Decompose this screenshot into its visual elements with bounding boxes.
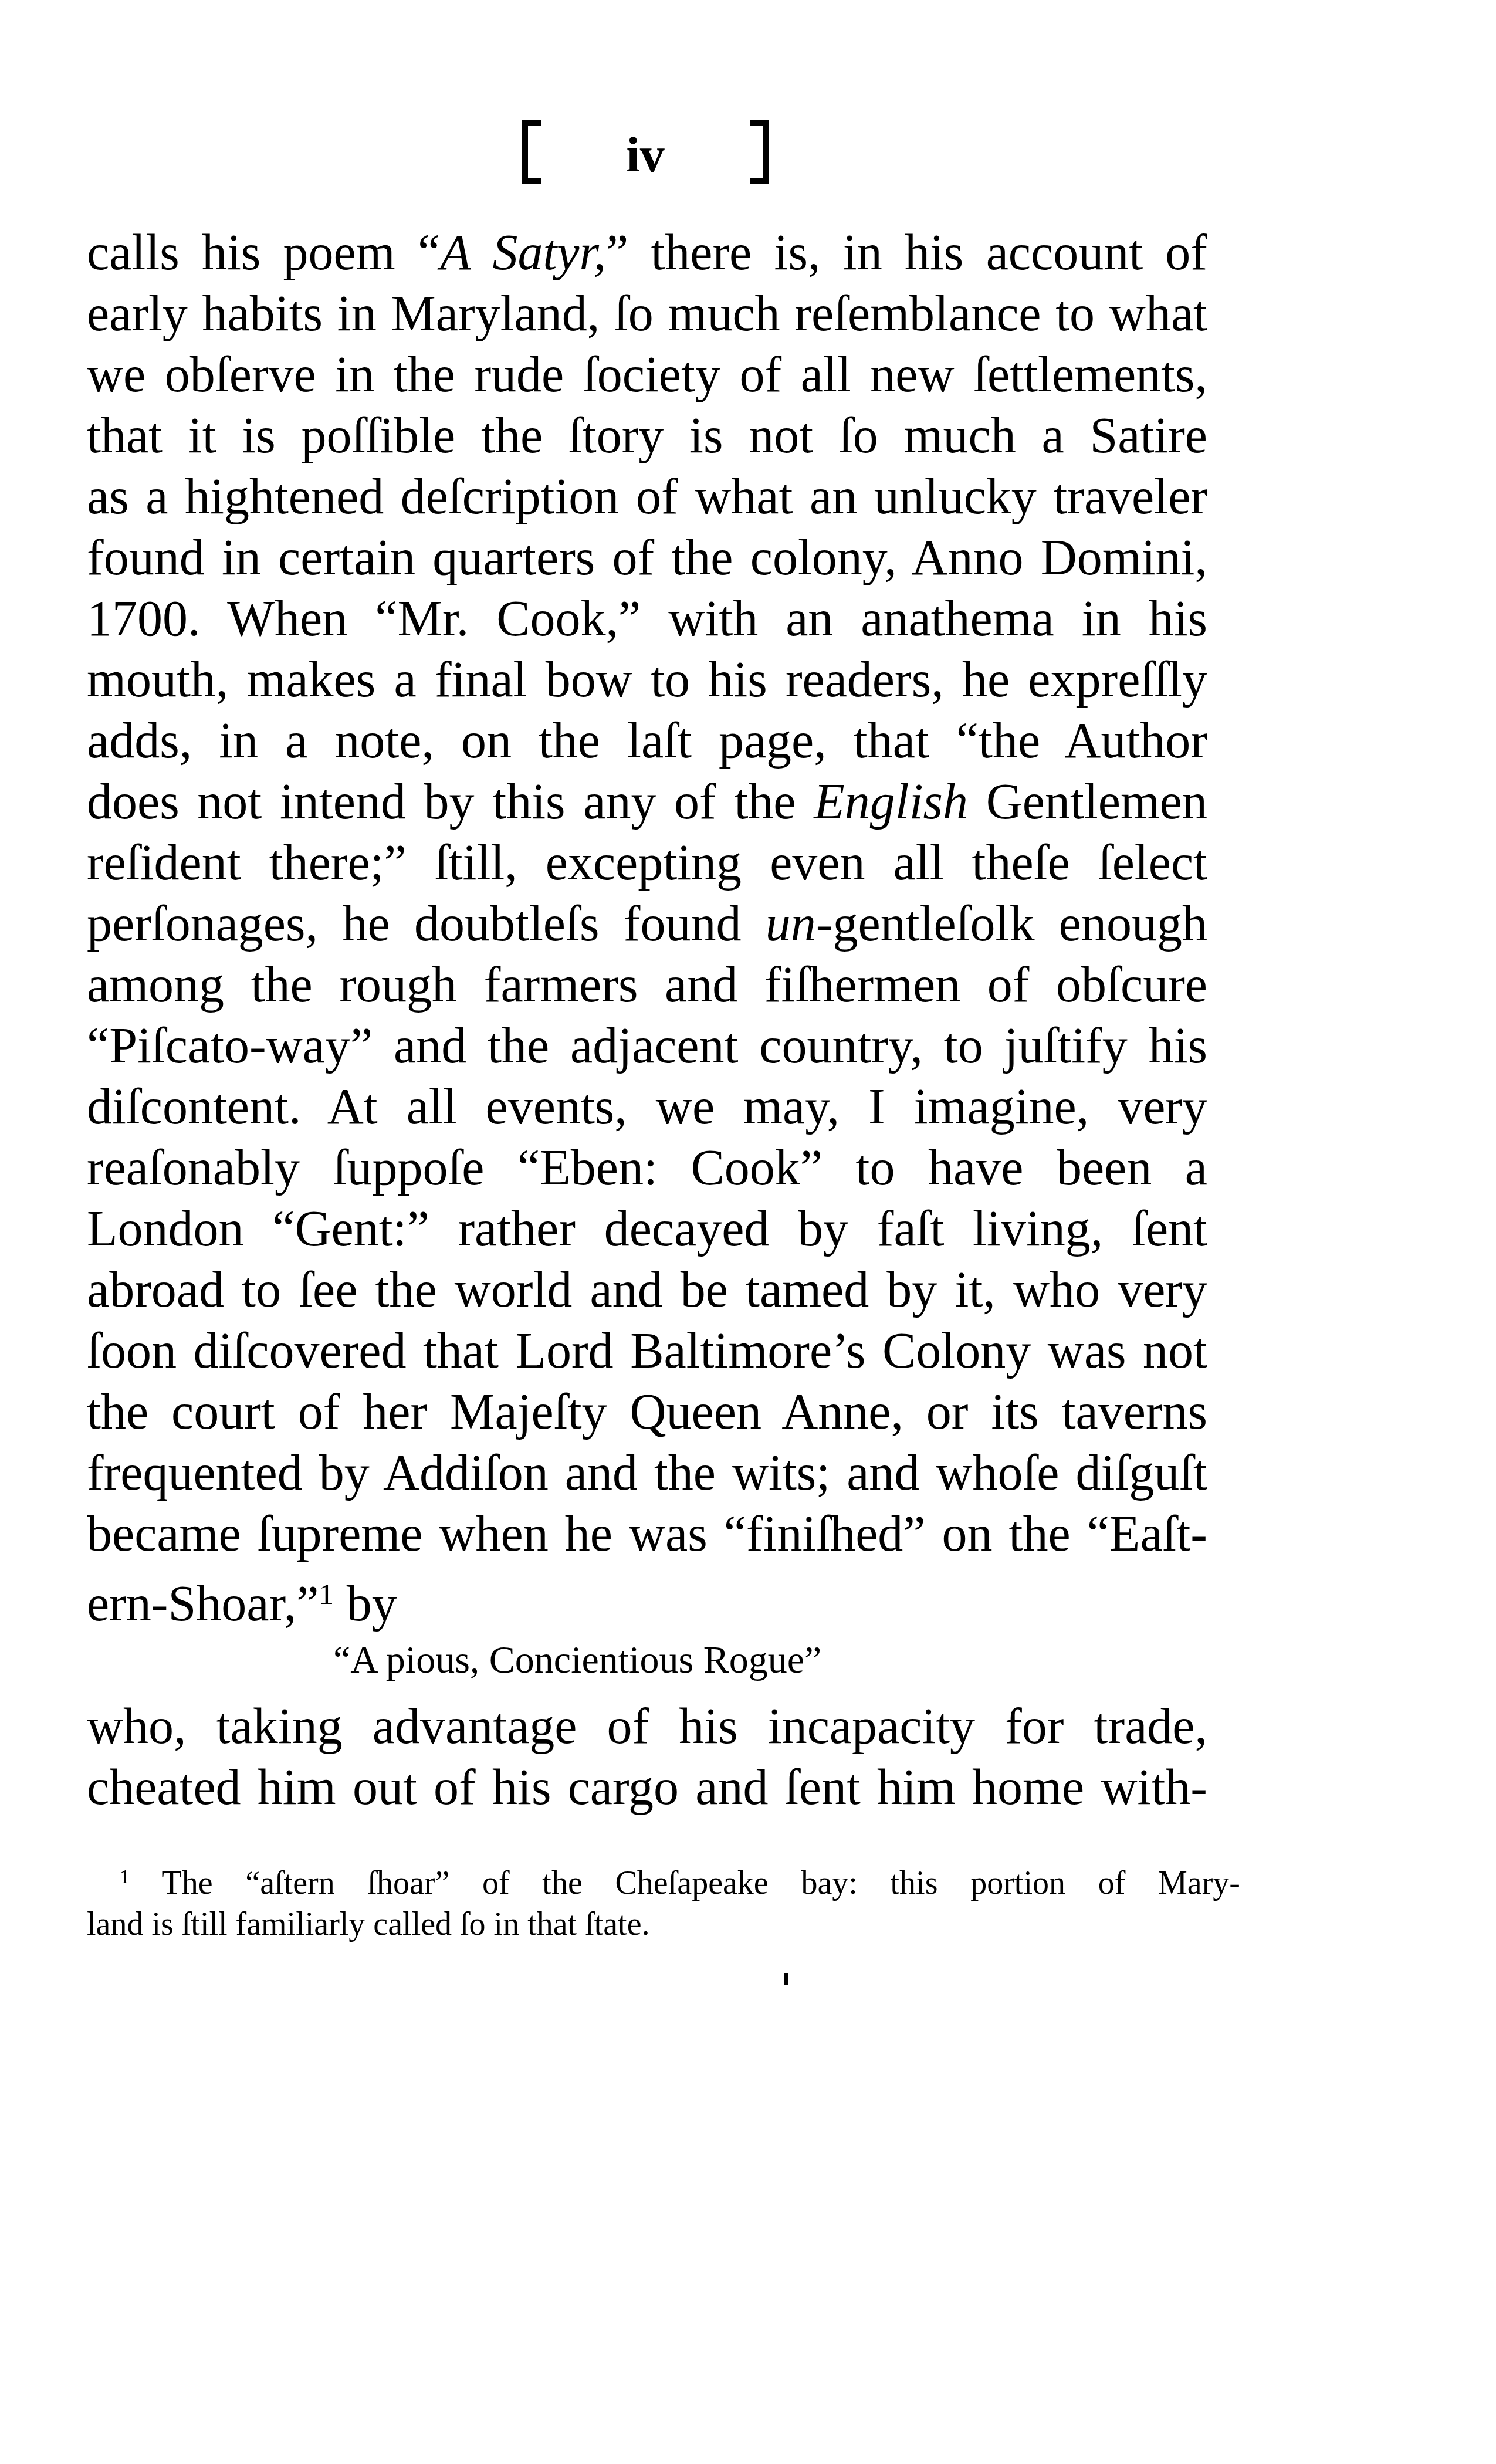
text-line: who, taking advantage of his incapacity … bbox=[87, 1695, 1207, 1756]
text-line: early habits in Maryland, ſo much reſemb… bbox=[87, 283, 1207, 344]
text-line: we obſerve in the rude ſociety of all ne… bbox=[87, 344, 1207, 405]
text-line: ern-Shoar,”1 by bbox=[87, 1564, 1207, 1625]
text-fragment: Gentlemen bbox=[968, 773, 1207, 830]
text-line: calls his poem “A Satyr,” there is, in h… bbox=[87, 222, 1207, 283]
text-line: “Piſcato-way” and the adjacent country, … bbox=[87, 1015, 1207, 1076]
text-line: found in certain quarters of the colony,… bbox=[87, 527, 1207, 588]
text-fragment: does not intend by this any of the bbox=[87, 773, 814, 830]
text-fragment: gentleſolk enough bbox=[832, 895, 1207, 952]
text-line: reſident there;” ſtill, excepting even a… bbox=[87, 832, 1207, 893]
text-line: diſcontent. At all events, we may, I ima… bbox=[87, 1076, 1207, 1137]
text-line: does not intend by this any of the Engli… bbox=[87, 771, 1207, 832]
italic-emphasis: A Satyr, bbox=[440, 224, 606, 280]
footnote-line: 1 The “aſtern ſhoar” of the Cheſapeake b… bbox=[87, 1854, 1240, 1901]
text-line: mouth, makes a final bow to his readers,… bbox=[87, 649, 1207, 710]
text-line: abroad to ſee the world and be tamed by … bbox=[87, 1259, 1207, 1320]
footnote: 1 The “aſtern ſhoar” of the Cheſapeake b… bbox=[87, 1854, 1207, 1948]
text-line: London “Gent:” rather decayed by faſt li… bbox=[87, 1198, 1207, 1259]
footnote-text: The “aſtern ſhoar” of the Cheſapeake bay… bbox=[162, 1865, 1240, 1901]
page-number: iv bbox=[516, 126, 774, 185]
italic-emphasis: un- bbox=[766, 895, 833, 952]
text-line: frequented by Addiſon and the wits; and … bbox=[87, 1442, 1207, 1503]
text-line: adds, in a note, on the laſt page, that … bbox=[87, 710, 1207, 771]
footnote-line: land is ſtill familiarly called ſo in th… bbox=[87, 1901, 1207, 1948]
text-line: as a hightened deſcription of what an un… bbox=[87, 466, 1207, 527]
text-fragment: by bbox=[334, 1575, 397, 1632]
text-fragment: ” there is, in his account of bbox=[606, 224, 1207, 280]
page-header: iv bbox=[516, 120, 774, 191]
text-line: became ſupreme when he was “finiſhed” on… bbox=[87, 1503, 1207, 1564]
text-line: among the rough farmers and fiſhermen of… bbox=[87, 954, 1207, 1015]
text-fragment: perſonages, he doubtleſs found bbox=[87, 895, 766, 952]
text-line: that it is poſſible the ſtory is not ſo … bbox=[87, 405, 1207, 466]
text-line: cheated him out of his cargo and ſent hi… bbox=[87, 1756, 1207, 1817]
text-line: reaſonably ſuppoſe “Eben: Cook” to have … bbox=[87, 1137, 1207, 1198]
text-line: the court of her Majeſty Queen Anne, or … bbox=[87, 1381, 1207, 1442]
text-line: ſoon diſcovered that Lord Baltimore’s Co… bbox=[87, 1320, 1207, 1381]
block-quote: “A pious, Concientious Rogue” bbox=[87, 1625, 1207, 1695]
text-line: perſonages, he doubtleſs found un-gentle… bbox=[87, 893, 1207, 954]
right-bracket-ornament bbox=[750, 120, 769, 184]
body-text: calls his poem “A Satyr,” there is, in h… bbox=[87, 222, 1207, 1817]
italic-emphasis: English bbox=[814, 773, 968, 830]
text-fragment: calls his poem “ bbox=[87, 224, 440, 280]
footnote-reference[interactable]: 1 bbox=[319, 1578, 334, 1611]
book-page: iv calls his poem “A Satyr,” there is, i… bbox=[0, 0, 1496, 2464]
text-line: 1700. When “Mr. Cook,” with an anathema … bbox=[87, 588, 1207, 649]
text-fragment: ern-Shoar,” bbox=[87, 1575, 319, 1632]
footnote-marker: 1 bbox=[120, 1866, 130, 1888]
printer-mark bbox=[784, 1973, 788, 1985]
